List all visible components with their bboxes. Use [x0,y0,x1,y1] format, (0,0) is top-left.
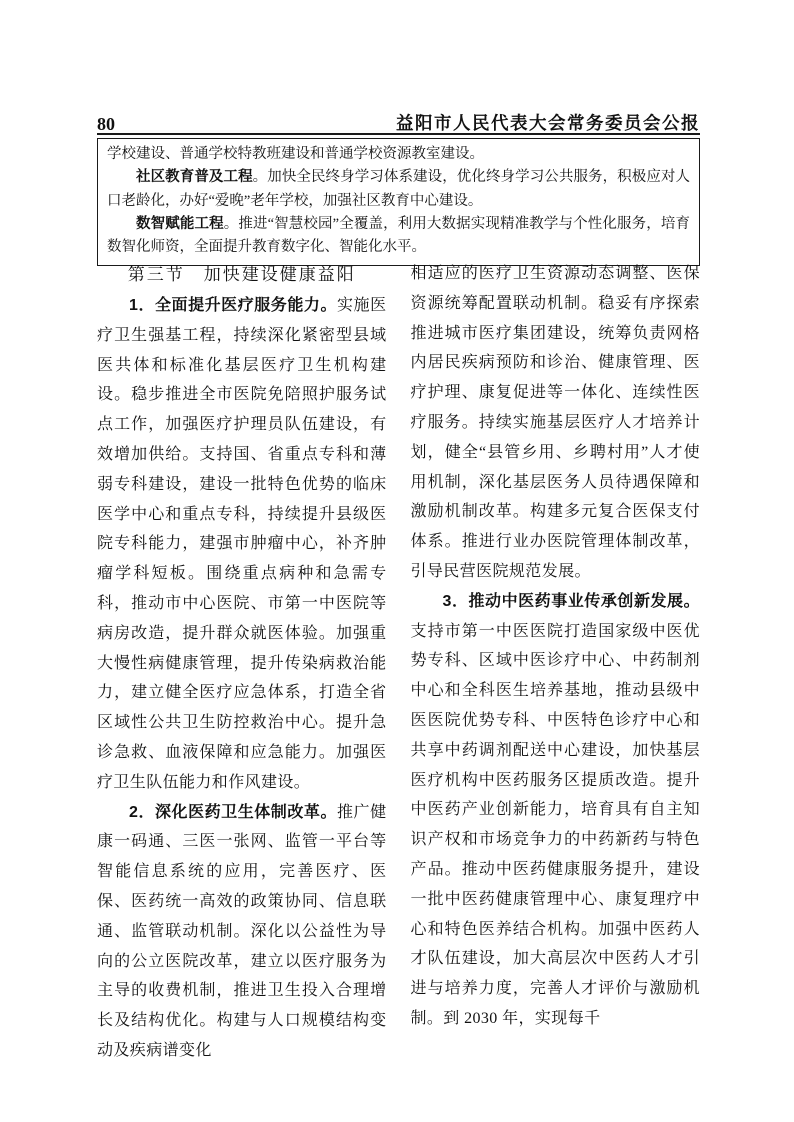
running-header: 80 益阳市人民代表大会常务委员会公报 [97,110,700,135]
paragraph-2-text: 推广健康一码通、三医一张网、监管一平台等智能信息系统的应用，完善医疗、医保、医药… [97,804,387,1059]
journal-title: 益阳市人民代表大会常务委员会公报 [396,110,700,135]
paragraph-2-continuation-text: 相适应的医疗卫生资源动态调整、医保资源统筹配置联动机制。稳妥有序探索推进城市医疗… [411,265,701,580]
box-paragraph-lead: 社区教育普及工程 [136,169,253,185]
paragraph-2-lead: 2．深化医药卫生体制改革。 [129,804,337,821]
paragraph-3-tcm-development: 3．推动中医药事业传承创新发展。支持市第一中医医院打造国家级中医优势专科、区域中… [411,587,701,1034]
paragraph-1-text: 实施医疗卫生强基工程，持续深化紧密型县域医共体和标准化基层医疗卫生机构建设。稳步… [97,297,387,791]
box-paragraph-lead: 数智赋能工程 [136,216,224,232]
left-column: 第三节 加快建设健康益阳 1．全面提升医疗服务能力。实施医疗卫生强基工程，持续深… [97,259,387,1066]
section-heading: 第三节 加快建设健康益阳 [97,259,387,290]
box-paragraph-community-education: 社区教育普及工程。加快全民终身学习体系建设，优化终身学习公共服务，积极应对人口老… [107,166,690,213]
box-paragraph-digital-empowerment: 数智赋能工程。推进“智慧校园”全覆盖，利用大数据实现精准教学与个性化服务，培育数… [107,213,690,260]
box-paragraph-continuation: 学校建设、普通学校特教班建设和普通学校资源教室建设。 [107,143,690,166]
paragraph-1-lead: 1．全面提升医疗服务能力。 [129,297,337,314]
page-number: 80 [97,114,115,135]
paragraph-1-medical-service: 1．全面提升医疗服务能力。实施医疗卫生强基工程，持续深化紧密型县域医共体和标准化… [97,291,387,798]
paragraph-2-health-reform: 2．深化医药卫生体制改革。推广健康一码通、三医一张网、监管一平台等智能信息系统的… [97,798,387,1066]
paragraph-3-text: 支持市第一中医医院打造国家级中医优势专科、区域中医诊疗中心、中药制剂中心和全科医… [411,623,701,1027]
two-column-body: 第三节 加快建设健康益阳 1．全面提升医疗服务能力。实施医疗卫生强基工程，持续深… [97,259,700,1066]
document-page: 80 益阳市人民代表大会常务委员会公报 学校建设、普通学校特教班建设和普通学校资… [0,0,794,1122]
education-projects-box: 学校建设、普通学校特教班建设和普通学校资源教室建设。 社区教育普及工程。加快全民… [97,138,700,266]
paragraph-2-continuation: 相适应的医疗卫生资源动态调整、医保资源统筹配置联动机制。稳妥有序探索推进城市医疗… [411,259,701,587]
right-column: 相适应的医疗卫生资源动态调整、医保资源统筹配置联动机制。稳妥有序探索推进城市医疗… [411,259,701,1066]
header-rule [97,133,700,135]
paragraph-3-lead: 3．推动中医药事业传承创新发展。 [443,593,701,610]
box-paragraph-text: 学校建设、普通学校特教班建设和普通学校资源教室建设。 [107,146,484,162]
